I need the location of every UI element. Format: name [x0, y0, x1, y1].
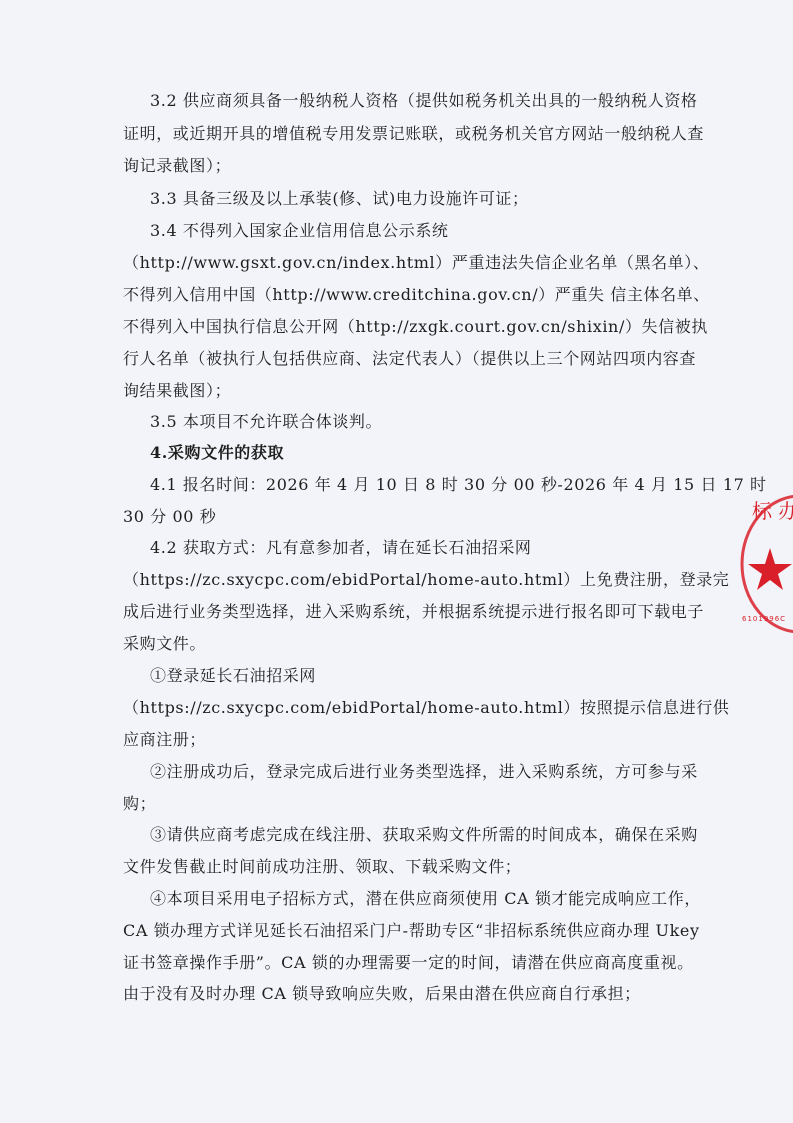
text-line-14: 30 分 00 秒: [123, 507, 216, 527]
text-line-8: 不得列入中国执行信息公开网（http://zxgk.court.gov.cn/s…: [123, 317, 708, 337]
text-line-21: 应商注册；: [123, 730, 206, 750]
text-line-11: 3.5 本项目不允许联合体谈判。: [150, 412, 382, 432]
text-line-4: 3.3 具备三级及以上承装(修、试)电力设施许可证；: [150, 189, 529, 209]
text-line-1: 3.2 供应商须具备一般纳税人资格（提供如税务机关出具的一般纳税人资格: [150, 91, 698, 111]
section-heading: 4.采购文件的获取: [150, 443, 284, 463]
text-line-29: 由于没有及时办理 CA 锁导致响应失败，后果由潜在供应商自行承担；: [123, 984, 641, 1004]
text-line-10: 询结果截图）；: [123, 381, 231, 401]
text-line-19: ①登录延长石油招采网: [150, 666, 316, 686]
text-line-18: 采购文件。: [123, 634, 206, 654]
text-line-13: 4.1 报名时间：2026 年 4 月 10 日 8 时 30 分 00 秒-2…: [150, 475, 767, 495]
text-line-9: 行人名单（被执行人包括供应商、法定代表人）（提供以上三个网站四项内容查: [123, 349, 696, 369]
text-line-24: ③请供应商考虑完成在线注册、获取采购文件所需的时间成本，确保在采购: [150, 825, 698, 845]
text-line-15: 4.2 获取方式：凡有意参加者，请在延长石油招采网: [150, 538, 532, 558]
text-line-26: ④本项目采用电子招标方式，潜在供应商须使用 CA 锁才能完成响应工作，: [150, 889, 701, 909]
text-line-25: 文件发售截止时间前成功注册、领取、下载采购文件；: [123, 857, 521, 877]
document-page: 3.2 供应商须具备一般纳税人资格（提供如税务机关出具的一般纳税人资格 证明，或…: [0, 0, 793, 1123]
text-line-20: （https://zc.sxycpc.com/ebidPortal/home-a…: [123, 698, 729, 718]
text-line-16: （https://zc.sxycpc.com/ebidPortal/home-a…: [123, 570, 729, 590]
official-seal: 标 办 6101996C: [738, 488, 793, 638]
text-line-5: 3.4 不得列入国家企业信用信息公示系统: [150, 221, 449, 241]
text-line-27: CA 锁办理方式详见延长石油招采门户-帮助专区“非招标系统供应商办理 Ukey: [123, 921, 700, 941]
text-line-28: 证书签章操作手册”。CA 锁的办理需要一定的时间，请潜在供应商高度重视。: [123, 953, 694, 973]
star-icon: [748, 548, 792, 590]
text-line-23: 购；: [123, 794, 156, 814]
text-line-17: 成后进行业务类型选择，进入采购系统，并根据系统提示进行报名即可下载电子: [123, 602, 704, 622]
text-line-3: 询记录截图）；: [123, 156, 231, 176]
seal-top-text: 标 办: [752, 499, 793, 523]
text-line-7: 不得列入信用中国（http://www.creditchina.gov.cn/）…: [123, 285, 710, 305]
text-line-6: （http://www.gsxt.gov.cn/index.html）严重违法失…: [123, 253, 709, 273]
seal-bottom-text: 6101996C: [742, 615, 786, 623]
text-line-22: ②注册成功后，登录完成后进行业务类型选择，进入采购系统，方可参与采: [150, 762, 698, 782]
text-line-2: 证明，或近期开具的增值税专用发票记账联，或税务机关官方网站一般纳税人查: [123, 124, 704, 144]
